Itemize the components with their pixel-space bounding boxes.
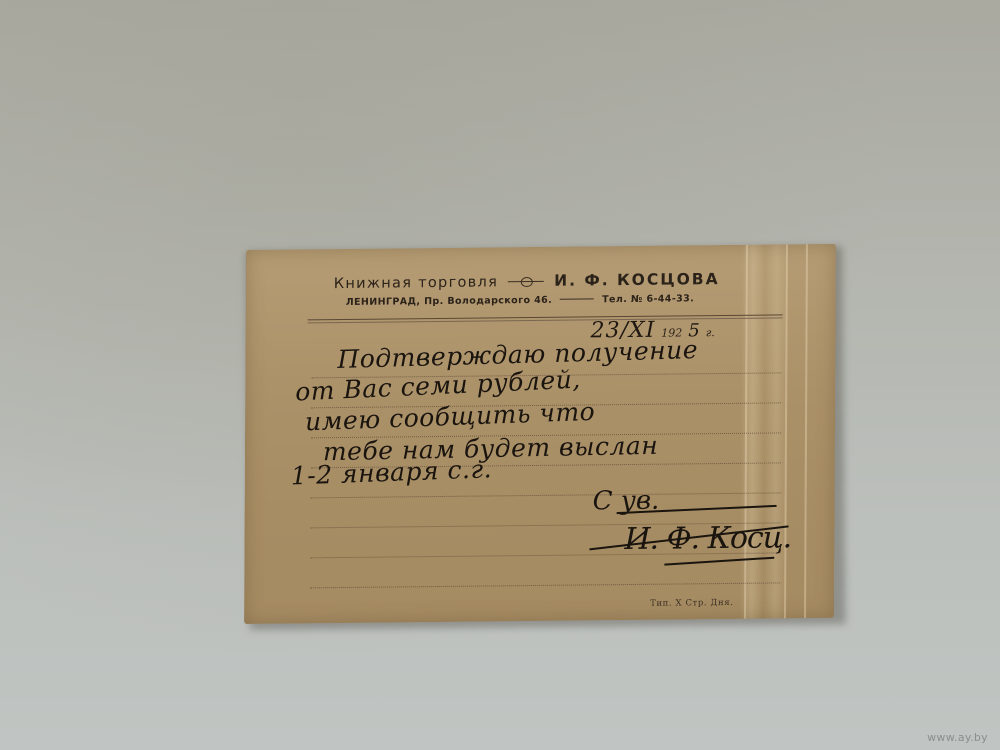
signature-stroke — [664, 557, 774, 566]
printer-mark: Тип. X Стр. Дня. — [650, 598, 734, 609]
ruled-line — [311, 492, 781, 498]
owner-name: И. Ф. КОСЦОВА — [554, 270, 720, 290]
ruled-line — [310, 582, 780, 588]
date-year-suffix: г. — [706, 326, 715, 339]
postcard: Книжная торговля И. Ф. КОСЦОВА ЛЕНИНГРАД… — [244, 244, 836, 624]
shop-phone: Тел. № 6-44-33. — [602, 293, 694, 305]
letterhead-contact: ЛЕНИНГРАД, Пр. Володарского 46. Тел. № 6… — [346, 292, 806, 313]
handwritten-line: 1-2 января с.г. — [291, 454, 493, 490]
ornament-icon — [508, 276, 544, 286]
shop-address: ЛЕНИНГРАД, Пр. Володарского 46. — [346, 295, 552, 308]
watermark: www.ay.by — [927, 731, 988, 744]
separator-dash — [560, 298, 594, 299]
signature: И. Ф. Косц. — [624, 520, 791, 557]
shop-name: Книжная торговля — [334, 274, 498, 292]
